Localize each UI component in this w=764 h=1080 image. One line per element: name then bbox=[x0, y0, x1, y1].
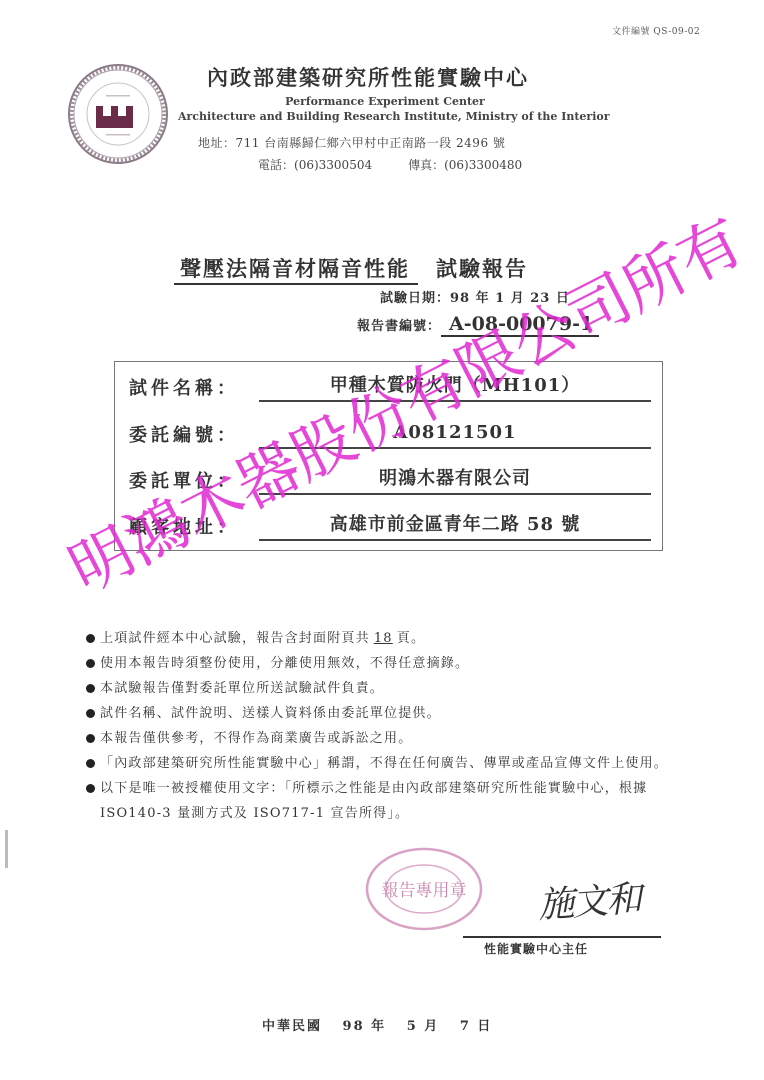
note-text: 上項試件經本中心試驗，報告含封面附頁共 bbox=[100, 631, 370, 646]
info-row-client: 委託單位： 明鴻木器有限公司 bbox=[129, 465, 654, 495]
info-row-specimen-name: 試件名稱： 甲種木質防火門（MH101） bbox=[129, 372, 654, 402]
report-title: 聲壓法隔音材隔音性能試驗報告 bbox=[174, 253, 528, 283]
bullet-icon bbox=[86, 684, 95, 693]
signature: 施文和 bbox=[536, 871, 641, 929]
test-date-label: 試驗日期： bbox=[380, 291, 450, 306]
info-value: 甲種木質防火門（MH101） bbox=[259, 372, 651, 402]
note-text: 本試驗報告僅對委託單位所送試驗試件負責。 bbox=[100, 681, 384, 696]
issue-month: 5 月 bbox=[407, 1019, 440, 1034]
issue-day: 7 日 bbox=[460, 1019, 493, 1034]
note-item: 試件名稱、試件說明、送樣人資料係由委託單位提供。 bbox=[86, 701, 676, 726]
page-count: 18 bbox=[370, 631, 397, 646]
fax-number: (06)3300480 bbox=[444, 158, 522, 172]
info-row-client-address: 顧客地址： 高雄市前金區青年二路 58 號 bbox=[129, 511, 654, 541]
report-number: 報告書編號：A-08-00079-1 bbox=[357, 313, 599, 335]
org-address: 地址：711 台南縣歸仁鄉六甲村中正南路一段 2496 號 bbox=[198, 134, 505, 151]
info-label: 試件名稱： bbox=[129, 374, 239, 400]
note-text: 以下是唯一被授權使用文字：「所標示之性能是由內政部建築研究所性能實驗中心，根據 … bbox=[100, 781, 647, 821]
info-label: 顧客地址： bbox=[129, 513, 239, 539]
report-number-value: A-08-00079-1 bbox=[441, 313, 599, 337]
note-item: 本報告僅供參考，不得作為商業廣告或訴訟之用。 bbox=[86, 726, 676, 751]
bullet-icon bbox=[86, 659, 95, 668]
bullet-icon bbox=[86, 709, 95, 718]
phone-number: (06)3300504 bbox=[294, 158, 372, 172]
report-notes: 上項試件經本中心試驗，報告含封面附頁共18頁。 使用本報告時須整份使用，分離使用… bbox=[86, 626, 676, 826]
bullet-icon bbox=[86, 634, 95, 643]
note-item: 本試驗報告僅對委託單位所送試驗試件負責。 bbox=[86, 676, 676, 701]
note-item: 「內政部建築研究所性能實驗中心」稱謂，不得在任何廣告、傳單或產品宣傳文件上使用。 bbox=[86, 751, 676, 776]
fax-label: 傳真： bbox=[408, 158, 444, 172]
report-title-main: 聲壓法隔音材隔音性能 bbox=[174, 256, 418, 285]
note-item: 以下是唯一被授權使用文字：「所標示之性能是由內政部建築研究所性能實驗中心，根據 … bbox=[86, 776, 676, 826]
org-contact: 電話：(06)3300504傳真：(06)3300480 bbox=[258, 156, 522, 173]
note-text: 「內政部建築研究所性能實驗中心」稱謂，不得在任何廣告、傳單或產品宣傳文件上使用。 bbox=[100, 756, 668, 771]
stamp-text: 報告專用章 bbox=[382, 880, 467, 901]
org-name-en-1: Performance Experiment Center bbox=[285, 95, 485, 108]
report-number-label: 報告書編號： bbox=[357, 319, 441, 334]
org-name-en-line1: Performance Experiment Center bbox=[0, 95, 764, 108]
institute-seal-logo-icon bbox=[66, 62, 170, 166]
note-text: 使用本報告時須整份使用，分離使用無效，不得任意摘錄。 bbox=[100, 656, 469, 671]
note-item: 上項試件經本中心試驗，報告含封面附頁共18頁。 bbox=[86, 626, 676, 651]
document-number: 文件編號 QS-09-02 bbox=[612, 24, 700, 37]
note-item: 使用本報告時須整份使用，分離使用無效，不得任意摘錄。 bbox=[86, 651, 676, 676]
note-text: 試件名稱、試件說明、送樣人資料係由委託單位提供。 bbox=[100, 706, 441, 721]
test-date-value: 98 年 1 月 23 日 bbox=[450, 291, 570, 306]
info-value: 明鴻木器有限公司 bbox=[259, 465, 651, 495]
info-label: 委託編號： bbox=[129, 421, 239, 447]
note-text: 本報告僅供參考，不得作為商業廣告或訴訟之用。 bbox=[100, 731, 412, 746]
info-label: 委託單位： bbox=[129, 467, 239, 493]
info-value: A08121501 bbox=[259, 419, 651, 449]
bullet-icon bbox=[86, 759, 95, 768]
signature-line bbox=[463, 936, 661, 938]
specimen-info-box: 試件名稱： 甲種木質防火門（MH101） 委託編號： A08121501 委託單… bbox=[114, 361, 663, 551]
info-value: 高雄市前金區青年二路 58 號 bbox=[259, 511, 651, 541]
issue-era: 中華民國 bbox=[262, 1019, 322, 1034]
scan-mark bbox=[5, 830, 8, 868]
issue-date: 中華民國 98 年 5 月 7 日 bbox=[262, 1015, 506, 1034]
org-name-en-line2: Architecture and Building Research Insti… bbox=[178, 110, 610, 123]
report-title-suffix: 試驗報告 bbox=[436, 256, 528, 281]
official-stamp-icon: 報告專用章 bbox=[364, 846, 484, 932]
info-row-commission-number: 委託編號： A08121501 bbox=[129, 419, 654, 449]
signer-title: 性能實驗中心主任 bbox=[484, 940, 588, 957]
test-date: 試驗日期：98 年 1 月 23 日 bbox=[380, 287, 570, 306]
phone-label: 電話： bbox=[258, 158, 294, 172]
bullet-icon bbox=[86, 784, 95, 793]
org-name-cn: 內政部建築研究所性能實驗中心 bbox=[207, 62, 529, 92]
issue-year: 98 年 bbox=[343, 1019, 387, 1034]
note-text: 頁。 bbox=[397, 631, 425, 646]
bullet-icon bbox=[86, 734, 95, 743]
